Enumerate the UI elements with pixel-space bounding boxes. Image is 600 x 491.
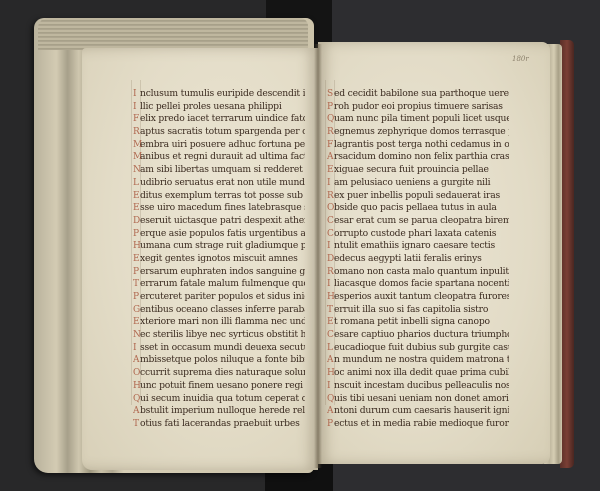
line-text: liacasque domos facie spartana nocenti: [334, 278, 509, 289]
manuscript-line: Dedecus aegypti latii feralis erinys: [327, 253, 509, 266]
line-text: rsacidum domino non felix parthia crassi…: [334, 151, 509, 162]
manuscript-line: Inscuit incestam ducibus pelleaculis nos…: [327, 380, 509, 393]
line-text: bstulit imperium nulloque herede relicto: [140, 405, 305, 416]
line-text: am sibi libertas umquam si redderet orbe…: [140, 164, 305, 175]
manuscript-line: Terrarum fatale malum fulmenque quod omn…: [133, 278, 305, 291]
line-text: anibus et regni durauit ad ultima facti: [140, 151, 305, 162]
rubricated-initial: R: [327, 266, 333, 279]
rubricated-initial: I: [133, 101, 139, 114]
line-text: erruit illa suo si fas capitolia sistro: [334, 304, 488, 315]
line-text: errarum fatale malum fulmenque quod omne…: [140, 278, 305, 289]
line-text: esare captiuo pharios ductura triumphos: [334, 329, 509, 340]
manuscript-line: Nam sibi libertas umquam si redderet orb…: [133, 164, 305, 177]
manuscript-line: Quam nunc pila timent populi licet usque…: [327, 113, 509, 126]
rubricated-initial: L: [133, 177, 139, 190]
manuscript-line: Rex puer inbellis populi sedauerat iras: [327, 190, 509, 203]
ruling-line: [131, 80, 132, 405]
rubricated-initial: M: [133, 151, 139, 164]
manuscript-line: Raptus sacratis totum spargenda per orbe…: [133, 126, 305, 139]
rubricated-initial: I: [327, 177, 333, 190]
manuscript-line: Isset in occasum mundi deuexa secutus: [133, 342, 305, 355]
line-text: eseruit uictasque patri despexit athenas: [140, 215, 305, 226]
line-text: omano non casta malo quantum inpulit arg…: [334, 266, 509, 277]
manuscript-line: Terruit illa suo si fas capitolia sistro: [327, 304, 509, 317]
line-text: ccurrit suprema dies naturaque solum: [140, 367, 305, 378]
line-text: edecus aegypti latii feralis erinys: [334, 253, 482, 264]
line-text: lagrantis post terga nothi cedamus in or…: [334, 139, 509, 150]
line-text: esar erat cum se parua cleopatra biremi: [334, 215, 509, 226]
line-text: ntoni durum cum caesaris hauserit ignis: [334, 405, 509, 416]
manuscript-line: Sed cecidit babilone sua parthoque ueren…: [327, 88, 509, 101]
rubricated-initial: R: [133, 126, 139, 139]
manuscript-line: Qui secum inuidia qua totum ceperat orbe…: [133, 393, 305, 406]
manuscript-line: Exiguae secura fuit prouincia pellae: [327, 164, 509, 177]
rubricated-initial: T: [327, 304, 333, 317]
rubricated-initial: C: [327, 228, 333, 241]
manuscript-line: Proh pudor eoi propius timuere sarisas: [327, 101, 509, 114]
line-text: llic pellei proles uesana philippi: [140, 101, 282, 112]
spine-crease: [314, 44, 322, 468]
rubricated-initial: C: [327, 215, 333, 228]
line-text: ec sterilis libye nec syrticus obstitit …: [140, 329, 305, 340]
manuscript-line: Ludibrio seruatus erat non utile mundo: [133, 177, 305, 190]
manuscript-line: Nec sterilis libye nec syrticus obstitit…: [133, 329, 305, 342]
folio-number: 180r: [512, 55, 529, 63]
line-text: nscuit incestam ducibus pelleaculis nost…: [334, 380, 509, 391]
line-text: uis tibi uesani ueniam non donet amoris: [334, 393, 509, 404]
manuscript-line: Membra uiri posuere adhuc fortuna peperc…: [133, 139, 305, 152]
manuscript-line: Persarum euphraten indos sanguine gangen: [133, 266, 305, 279]
rubricated-initial: T: [133, 278, 139, 291]
rubricated-initial: F: [133, 113, 139, 126]
manuscript-line: Exegit gentes ignotos miscuit amnes: [133, 253, 305, 266]
rubricated-initial: T: [133, 418, 139, 431]
manuscript-line: Deseruit uictasque patri despexit athena…: [133, 215, 305, 228]
manuscript-line: Manibus et regni durauit ad ultima facti: [133, 151, 305, 164]
rubricated-initial: Q: [327, 113, 333, 126]
manuscript-line: Hoc animi nox illa dedit quae prima cubi…: [327, 367, 509, 380]
rubricated-initial: P: [133, 228, 139, 241]
manuscript-line: Cesar erat cum se parua cleopatra biremi: [327, 215, 509, 228]
rubricated-initial: G: [133, 304, 139, 317]
line-text: n mundum ne nostra quidem matrona tenere…: [334, 354, 509, 365]
rubricated-initial: C: [327, 329, 333, 342]
line-text: ex puer inbellis populi sedauerat iras: [334, 190, 500, 201]
line-text: xteriore mari non illi flamma nec unde: [140, 316, 305, 327]
manuscript-line: Totius fati lacerandas praebuit urbes: [133, 418, 305, 431]
manuscript-line: Quis tibi uesani ueniam non donet amoris: [327, 393, 509, 406]
manuscript-line: Corrupto custode phari laxata catenis: [327, 228, 509, 241]
line-text: ui secum inuidia qua totum ceperat orbem: [140, 393, 305, 404]
manuscript-line: Iam pelusiaco ueniens a gurgite nili: [327, 177, 509, 190]
right-text-column: Sed cecidit babilone sua parthoque ueren…: [327, 88, 509, 431]
line-text: erque asie populos fatis urgentibus actu…: [140, 228, 305, 239]
manuscript-line: Leucadioque fuit dubius sub gurgite casu…: [327, 342, 509, 355]
rubricated-initial: P: [327, 418, 333, 431]
line-text: ercuteret pariter populos et sidus iniqu…: [140, 291, 305, 302]
line-text: sse uiro macedum fines latebrasque suoru…: [140, 202, 305, 213]
line-text: otius fati lacerandas praebuit urbes: [140, 418, 300, 429]
manuscript-line: Occurrit suprema dies naturaque solum: [133, 367, 305, 380]
manuscript-line: Gentibus oceano classes inferre parabat: [133, 304, 305, 317]
line-text: ersarum euphraten indos sanguine gangen: [140, 266, 305, 277]
manuscript-line: Et romana petit inbelli signa canopo: [327, 316, 509, 329]
manuscript-line: Romano non casta malo quantum inpulit ar…: [327, 266, 509, 279]
rubricated-initial: N: [133, 164, 139, 177]
rubricated-initial: Q: [327, 393, 333, 406]
line-text: am pelusiaco ueniens a gurgite nili: [334, 177, 490, 188]
manuscript-line: Intulit emathiis ignaro caesare tectis: [327, 240, 509, 253]
line-text: oc animi nox illa dedit quae prima cubil…: [334, 367, 509, 378]
rubricated-initial: H: [133, 380, 139, 393]
manuscript-line: Exteriore mari non illi flamma nec unde: [133, 316, 305, 329]
rubricated-initial: Q: [133, 393, 139, 406]
left-text-column: Inclusum tumulis euripide descendit in a…: [133, 88, 305, 431]
line-text: orrupto custode phari laxata catenis: [334, 228, 496, 239]
rubricated-initial: R: [327, 126, 333, 139]
line-text: entibus oceano classes inferre parabat: [140, 304, 305, 315]
rubricated-initial: D: [133, 215, 139, 228]
manuscript-line: Pectus et in media rabie medioque furore: [327, 418, 509, 431]
manuscript-line: Obside quo pacis pellaea tutus in aula: [327, 202, 509, 215]
manuscript-line: Iliacasque domos facie spartana nocenti: [327, 278, 509, 291]
rubricated-initial: E: [133, 202, 139, 215]
rubricated-initial: O: [133, 367, 139, 380]
manuscript-line: Regnemus zephyrique domos terrasque prem…: [327, 126, 509, 139]
rubricated-initial: I: [327, 278, 333, 291]
line-text: bside quo pacis pellaea tutus in aula: [334, 202, 497, 213]
line-text: uam nunc pila timent populi licet usque …: [334, 113, 509, 124]
line-text: ntulit emathiis ignaro caesare tectis: [334, 240, 495, 251]
rubricated-initial: E: [133, 190, 139, 203]
rubricated-initial: N: [133, 329, 139, 342]
manuscript-line: Illic pellei proles uesana philippi: [133, 101, 305, 114]
book-top-edge: [38, 18, 308, 50]
rubricated-initial: H: [327, 367, 333, 380]
manuscript-line: Percuteret pariter populos et sidus iniq…: [133, 291, 305, 304]
line-text: mbissetque polos niluque a fonte bibisse…: [140, 354, 305, 365]
rubricated-initial: I: [327, 380, 333, 393]
rubricated-initial: P: [133, 266, 139, 279]
rubricated-initial: A: [327, 354, 333, 367]
rubricated-initial: A: [327, 405, 333, 418]
line-text: sset in occasum mundi deuexa secutus: [140, 342, 305, 353]
line-text: unc potuit finem uesano ponere regi: [140, 380, 303, 391]
rubricated-initial: H: [327, 291, 333, 304]
manuscript-line: Editus exemplum terras tot posse sub uno: [133, 190, 305, 203]
manuscript-line: Cesare captiuo pharios ductura triumphos: [327, 329, 509, 342]
manuscript-line: Hunc potuit finem uesano ponere regi: [133, 380, 305, 393]
line-text: t romana petit inbelli signa canopo: [334, 316, 490, 327]
manuscript-line: Arsacidum domino non felix parthia crass…: [327, 151, 509, 164]
line-text: elix predo iacet terrarum uindice fato: [140, 113, 305, 124]
rubricated-initial: R: [327, 190, 333, 203]
rubricated-initial: I: [133, 342, 139, 355]
manuscript-line: Inclusum tumulis euripide descendit in a…: [133, 88, 305, 101]
rubricated-initial: A: [133, 405, 139, 418]
rubricated-initial: E: [133, 253, 139, 266]
line-text: embra uiri posuere adhuc fortuna peperci…: [140, 139, 305, 150]
manuscript-line: Felix predo iacet terrarum uindice fato: [133, 113, 305, 126]
line-text: roh pudor eoi propius timuere sarisas: [334, 101, 503, 112]
manuscript-line: Flagrantis post terga nothi cedamus in o…: [327, 139, 509, 152]
line-text: ectus et in media rabie medioque furore: [334, 418, 509, 429]
line-text: egnemus zephyrique domos terrasque prema…: [334, 126, 509, 137]
rubricated-initial: E: [327, 164, 333, 177]
line-text: esperios auxit tantum cleopatra furores: [334, 291, 509, 302]
manuscript-line: Antoni durum cum caesaris hauserit ignis: [327, 405, 509, 418]
rubricated-initial: P: [133, 291, 139, 304]
rubricated-initial: F: [327, 139, 333, 152]
line-text: umana cum strage ruit gladiumque per omn…: [140, 240, 305, 251]
manuscript-line: Hesperios auxit tantum cleopatra furores: [327, 291, 509, 304]
rubricated-initial: I: [133, 88, 139, 101]
line-text: eucadioque fuit dubius sub gurgite casus: [334, 342, 509, 353]
manuscript-line: Esse uiro macedum fines latebrasque suor…: [133, 202, 305, 215]
manuscript-line: Humana cum strage ruit gladiumque per om…: [133, 240, 305, 253]
ruling-line: [325, 80, 326, 405]
manuscript-line: Abstulit imperium nulloque herede relict…: [133, 405, 305, 418]
rubricated-initial: H: [133, 240, 139, 253]
leather-cover-edge: [560, 40, 574, 468]
rubricated-initial: E: [133, 316, 139, 329]
manuscript-line: An mundum ne nostra quidem matrona tener…: [327, 354, 509, 367]
line-text: nclusum tumulis euripide descendit in an…: [140, 88, 305, 99]
rubricated-initial: I: [327, 240, 333, 253]
rubricated-initial: L: [327, 342, 333, 355]
line-text: udibrio seruatus erat non utile mundo: [140, 177, 305, 188]
line-text: xegit gentes ignotos miscuit amnes: [140, 253, 298, 264]
rubricated-initial: A: [133, 354, 139, 367]
rubricated-initial: M: [133, 139, 139, 152]
rubricated-initial: O: [327, 202, 333, 215]
rubricated-initial: D: [327, 253, 333, 266]
line-text: aptus sacratis totum spargenda per orbem: [140, 126, 305, 137]
rubricated-initial: A: [327, 151, 333, 164]
line-text: ed cecidit babilone sua parthoque uerend…: [334, 88, 509, 99]
rubricated-initial: P: [327, 101, 333, 114]
rubricated-initial: E: [327, 316, 333, 329]
rubricated-initial: S: [327, 88, 333, 101]
manuscript-line: Perque asie populos fatis urgentibus act…: [133, 228, 305, 241]
line-text: xiguae secura fuit prouincia pellae: [334, 164, 489, 175]
line-text: ditus exemplum terras tot posse sub uno: [140, 190, 305, 201]
manuscript-line: Ambissetque polos niluque a fonte bibiss…: [133, 354, 305, 367]
